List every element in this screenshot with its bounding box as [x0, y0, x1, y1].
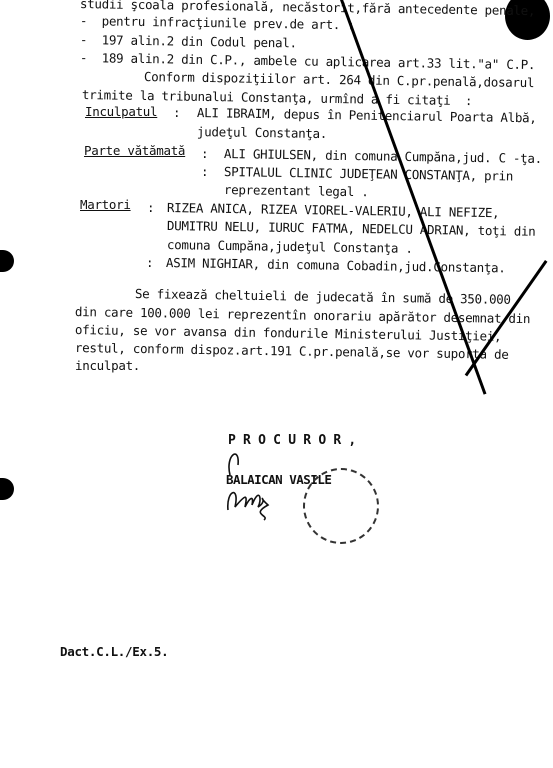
- parte-vatamata-2: SPITALUL CLINIC JUDEŢEAN CONSTANŢA, prin: [224, 164, 513, 184]
- inculpat-separator: :: [173, 105, 180, 120]
- martori-label: Martori: [80, 197, 131, 212]
- inculpat-label: Inculpatul: [85, 104, 157, 119]
- handwritten-signature-icon: [220, 445, 300, 525]
- text-line: - 197 alin.2 din Codul penal.: [80, 32, 297, 50]
- inculpat-name: ALI IBRAIM, depus în Penitenciarul Poart…: [197, 105, 537, 125]
- inculpat-detail: judeţul Constanţa.: [197, 124, 327, 141]
- parte-vatamata-label: Parte vătămată: [84, 143, 185, 158]
- parte-vatamata-3: reprezentant legal .: [224, 182, 369, 199]
- parte-separator-2: :: [201, 164, 208, 179]
- official-stamp-icon: [303, 468, 379, 544]
- cheltuieli-5: inculpat.: [75, 358, 140, 373]
- text-line: - pentru infracţiunile prev.de art. :: [80, 13, 355, 32]
- martori-separator-2: :: [146, 255, 153, 270]
- parte-vatamata-1: ALI GHIULSEN, din comuna Cumpăna,jud. C …: [224, 146, 542, 166]
- martori-2: DUMITRU NELU, IURUC FATMA, NEDELCU ADRIA…: [167, 218, 536, 239]
- martori-separator: :: [147, 200, 154, 215]
- parte-separator: :: [201, 146, 208, 161]
- footer-reference: Dact.C.L./Ex.5.: [60, 644, 168, 659]
- martori-1: RIZEA ANICA, RIZEA VIOREL-VALERIU, ALI N…: [167, 200, 500, 220]
- martori-4: ASIM NIGHIAR, din comuna Cobadin,jud.Con…: [166, 255, 506, 275]
- text-line: Conform dispoziţiilor art. 264 din C.pr.…: [144, 69, 534, 90]
- martori-3: comuna Cumpăna,judeţul Constanţa .: [167, 237, 413, 256]
- punch-hole-bottom: [0, 478, 14, 500]
- cheltuieli-1: Se fixează cheltuieli de judecată în sum…: [135, 286, 511, 307]
- punch-hole-top: [0, 250, 14, 272]
